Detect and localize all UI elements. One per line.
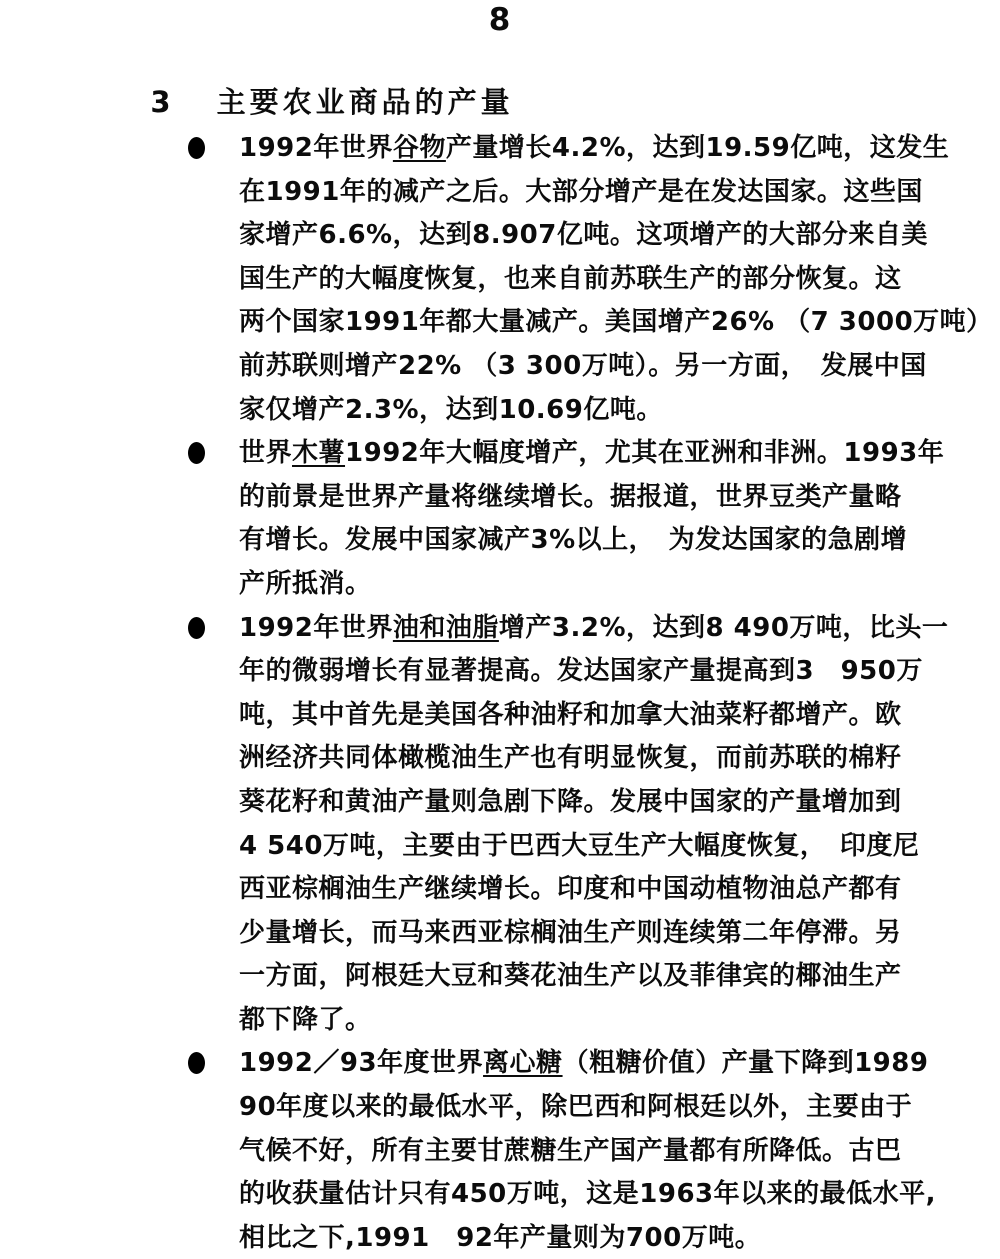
- text-segment: 葵花籽和黄油产量则急剧下降。发展中国家的产量增加到: [239, 787, 902, 817]
- text-segment: 增产3.2%，达到8 490万吨，比头一: [499, 613, 949, 643]
- bullet-marker-icon: [188, 617, 205, 639]
- text-segment: 相比之下,1991 92年产量则为700万吨。: [239, 1223, 761, 1253]
- text-line: 气候不好，所有主要甘蔗糖生产国产量都有所降低。古巴: [239, 1130, 978, 1174]
- underlined-term: 谷物: [393, 133, 446, 163]
- text-segment: 一方面，阿根廷大豆和葵花油生产以及菲律宾的椰油生产: [239, 961, 902, 991]
- bullet-marker-icon: [188, 137, 205, 159]
- text-segment: 前苏联则增产22% （3 300万吨）。另一方面， 发展中国: [239, 351, 927, 381]
- text-line: 有增长。发展中国家减产3%以上， 为发达国家的急剧增: [239, 519, 978, 563]
- bullet-text: 1992年世界谷物产量增长4.2%，达到19.59亿吨，这发生在1991年的减产…: [239, 127, 993, 432]
- bullet-marker-icon: [188, 1052, 205, 1074]
- text-segment: 都下降了。: [239, 1005, 372, 1035]
- text-line: 西亚棕榈油生产继续增长。印度和中国动植物油总产都有: [239, 868, 978, 912]
- text-segment: 吨，其中首先是美国各种油籽和加拿大油菜籽都增产。欧: [239, 700, 902, 730]
- bullet-item: 1992／93年度世界离心糖（粗糖价值）产量下降到198990年度以来的最低水平…: [188, 1042, 978, 1259]
- section-title: 主要农业商品的产量: [217, 85, 514, 119]
- text-segment: 年的微弱增长有显著提高。发达国家产量提高到3 950万: [239, 656, 923, 686]
- text-segment: 世界: [239, 438, 292, 468]
- text-segment: 国生产的大幅度恢复，也来自前苏联生产的部分恢复。这: [239, 264, 902, 294]
- text-line: 家增产6.6%，达到8.907亿吨。这项增产的大部分来自美: [239, 214, 993, 258]
- text-line: 前苏联则增产22% （3 300万吨）。另一方面， 发展中国: [239, 345, 993, 389]
- bullet-text: 世界木薯1992年大幅度增产，尤其在亚洲和非洲。1993年的前景是世界产量将继续…: [239, 432, 978, 606]
- text-segment: 4 540万吨，主要由于巴西大豆生产大幅度恢复， 印度尼: [239, 831, 919, 861]
- text-line: 少量增长，而马来西亚棕榈油生产则连续第二年停滞。另: [239, 912, 978, 956]
- bullet-item: 世界木薯1992年大幅度增产，尤其在亚洲和非洲。1993年的前景是世界产量将继续…: [188, 432, 978, 606]
- text-line: 的前景是世界产量将继续增长。据报道，世界豆类产量略: [239, 476, 978, 520]
- text-line: 葵花籽和黄油产量则急剧下降。发展中国家的产量增加到: [239, 781, 978, 825]
- text-line: 世界木薯1992年大幅度增产，尤其在亚洲和非洲。1993年: [239, 432, 978, 476]
- text-line: 都下降了。: [239, 999, 978, 1043]
- text-line: 1992年世界谷物产量增长4.2%，达到19.59亿吨，这发生: [239, 127, 993, 171]
- text-line: 产所抵消。: [239, 563, 978, 607]
- text-line: 吨，其中首先是美国各种油籽和加拿大油菜籽都增产。欧: [239, 694, 978, 738]
- text-segment: 两个国家1991年都大量减产。美国增产26% （7 3000万吨）: [239, 307, 993, 337]
- text-segment: 的前景是世界产量将继续增长。据报道，世界豆类产量略: [239, 482, 902, 512]
- text-line: 洲经济共同体橄榄油生产也有明显恢复，而前苏联的棉籽: [239, 737, 978, 781]
- text-line: 4 540万吨，主要由于巴西大豆生产大幅度恢复， 印度尼: [239, 825, 978, 869]
- text-line: 1992／93年度世界离心糖（粗糖价值）产量下降到1989: [239, 1042, 978, 1086]
- text-line: 的收获量估计只有450万吨，这是1963年以来的最低水平,: [239, 1173, 978, 1217]
- text-segment: 的收获量估计只有450万吨，这是1963年以来的最低水平,: [239, 1179, 936, 1209]
- text-segment: 1992年世界: [239, 613, 393, 643]
- page-number: 8: [0, 2, 1000, 38]
- text-segment: 家仅增产2.3%，达到10.69亿吨。: [239, 395, 663, 425]
- text-segment: 洲经济共同体橄榄油生产也有明显恢复，而前苏联的棉籽: [239, 743, 902, 773]
- text-segment: 家增产6.6%，达到8.907亿吨。这项增产的大部分来自美: [239, 220, 928, 250]
- bullet-marker-icon: [188, 442, 205, 464]
- bullet-text: 1992／93年度世界离心糖（粗糖价值）产量下降到198990年度以来的最低水平…: [239, 1042, 978, 1259]
- text-line: 90年度以来的最低水平，除巴西和阿根廷以外，主要由于: [239, 1086, 978, 1130]
- text-line: 两个国家1991年都大量减产。美国增产26% （7 3000万吨）: [239, 301, 993, 345]
- section-number: 3: [150, 85, 170, 119]
- bullet-item: 1992年世界谷物产量增长4.2%，达到19.59亿吨，这发生在1991年的减产…: [188, 127, 978, 432]
- bullet-text: 1992年世界油和油脂增产3.2%，达到8 490万吨，比头一年的微弱增长有显著…: [239, 607, 978, 1043]
- text-segment: 90年度以来的最低水平，除巴西和阿根廷以外，主要由于: [239, 1092, 912, 1122]
- text-line: 在1991年的减产之后。大部分增产是在发达国家。这些国: [239, 171, 993, 215]
- bullet-item: 1992年世界油和油脂增产3.2%，达到8 490万吨，比头一年的微弱增长有显著…: [188, 607, 978, 1043]
- text-segment: 1992年世界: [239, 133, 393, 163]
- document-page: 8 3主要农业商品的产量 1992年世界谷物产量增长4.2%，达到19.59亿吨…: [0, 0, 1000, 1259]
- text-segment: 在1991年的减产之后。大部分增产是在发达国家。这些国: [239, 177, 923, 207]
- text-segment: 产量增长4.2%，达到19.59亿吨，这发生: [446, 133, 949, 163]
- text-segment: 1992年大幅度增产，尤其在亚洲和非洲。1993年: [345, 438, 944, 468]
- text-line: 一方面，阿根廷大豆和葵花油生产以及菲律宾的椰油生产: [239, 955, 978, 999]
- text-line: 年的微弱增长有显著提高。发达国家产量提高到3 950万: [239, 650, 978, 694]
- text-line: 相比之下,1991 92年产量则为700万吨。: [239, 1217, 978, 1259]
- text-segment: （粗糖价值）产量下降到1989: [563, 1048, 929, 1078]
- underlined-term: 木薯: [292, 438, 345, 468]
- underlined-term: 油和油脂: [393, 613, 499, 643]
- text-segment: 气候不好，所有主要甘蔗糖生产国产量都有所降低。古巴: [239, 1136, 902, 1166]
- text-segment: 1992／93年度世界: [239, 1048, 483, 1078]
- text-segment: 产所抵消。: [239, 569, 372, 599]
- text-segment: 西亚棕榈油生产继续增长。印度和中国动植物油总产都有: [239, 874, 902, 904]
- text-line: 1992年世界油和油脂增产3.2%，达到8 490万吨，比头一: [239, 607, 978, 651]
- text-line: 国生产的大幅度恢复，也来自前苏联生产的部分恢复。这: [239, 258, 993, 302]
- underlined-term: 离心糖: [483, 1048, 563, 1078]
- bullet-list: 1992年世界谷物产量增长4.2%，达到19.59亿吨，这发生在1991年的减产…: [188, 127, 978, 1259]
- text-line: 家仅增产2.3%，达到10.69亿吨。: [239, 389, 993, 433]
- text-segment: 少量增长，而马来西亚棕榈油生产则连续第二年停滞。另: [239, 918, 902, 948]
- text-segment: 有增长。发展中国家减产3%以上， 为发达国家的急剧增: [239, 525, 907, 555]
